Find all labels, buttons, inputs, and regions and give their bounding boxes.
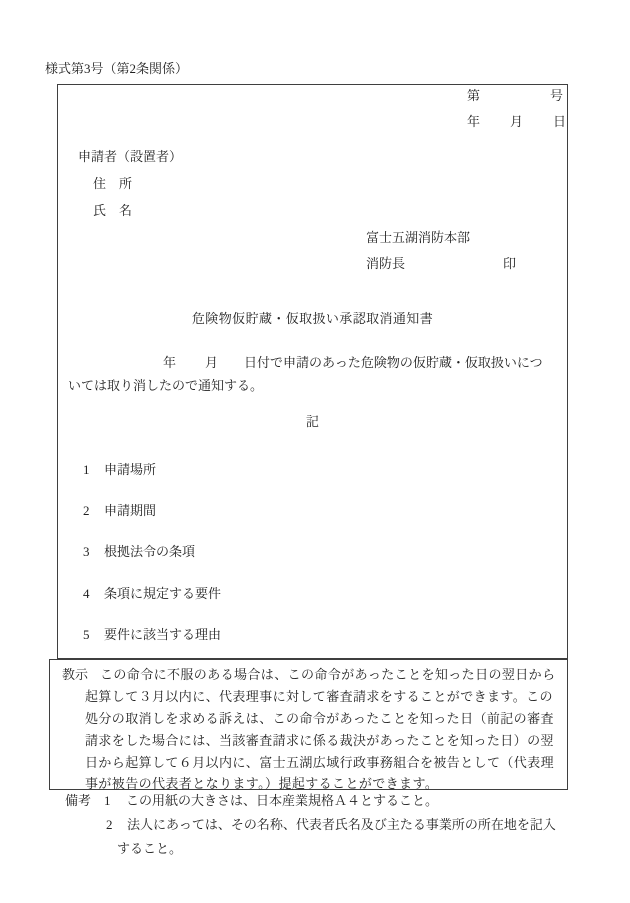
ki-heading: 記 xyxy=(57,415,568,428)
item-4-label: 条項に規定する要件 xyxy=(104,587,221,600)
kyoji-line-4: 請求をした場合には、当該審査請求に係る裁決があったことを知った日）の翌 xyxy=(85,734,554,747)
item-2-label: 申請期間 xyxy=(104,504,156,517)
issuer-seal-mark: 印 xyxy=(503,257,516,270)
biko-item-1-number: 1 xyxy=(104,794,111,807)
date-month-label: 月 xyxy=(510,115,523,128)
biko-item-2-line1: 法人にあっては、その名称、代表者氏名及び主たる事業所の所在地を記入 xyxy=(127,818,556,831)
item-2-number: 2 xyxy=(83,504,104,517)
item-5-label: 要件に該当する理由 xyxy=(104,628,221,641)
doc-number-suffix: 号 xyxy=(550,89,563,102)
kyoji-line-3: 処分の取消しを求める訴えは、この命令があったことを知った日（前記の審査 xyxy=(85,712,554,725)
list-item-4: 4 条項に規定する要件 xyxy=(83,587,221,600)
kyoji-line-5: 日から起算して６月以内に、富士五湖広域行政事務組合を被告として（代表理 xyxy=(85,756,554,769)
item-4-number: 4 xyxy=(83,587,104,600)
list-item-5: 5 要件に該当する理由 xyxy=(83,628,221,641)
kyoji-line-6: 事が被告の代表者となります。）提起することができます。 xyxy=(85,777,438,790)
item-5-number: 5 xyxy=(83,628,104,641)
main-border-box xyxy=(57,84,568,659)
list-item-1: 1 申請場所 xyxy=(83,463,156,476)
list-item-2: 2 申請期間 xyxy=(83,504,156,517)
date-year-label: 年 xyxy=(467,115,480,128)
issuer-organization: 富士五湖消防本部 xyxy=(366,231,470,244)
doc-number-prefix: 第 xyxy=(467,89,480,102)
document-title: 危険物仮貯蔵・仮取扱い承認取消通知書 xyxy=(57,312,568,325)
item-3-number: 3 xyxy=(83,545,104,558)
biko-item-2-line2: すること。 xyxy=(117,842,182,855)
kyoji-line-1: この命令に不服のある場合は、この命令があったことを知った日の翌日から xyxy=(100,668,555,681)
item-1-label: 申請場所 xyxy=(104,463,156,476)
issuer-title: 消防長 xyxy=(366,257,405,270)
biko-item-1-text: この用紙の大きさは、日本産業規格Ａ４とすること。 xyxy=(126,794,438,807)
document-page: 様式第3号（第2条関係） 第 号 年 月 日 申請者（設置者） 住 所 氏 名 … xyxy=(0,0,630,903)
kyoji-line-2: 起算して３月以内に、代表理事に対して審査請求をすることができます。この xyxy=(85,690,553,703)
applicant-name-label: 氏 名 xyxy=(93,204,132,217)
date-day-label: 日 xyxy=(553,115,566,128)
body-line2: いては取り消したので通知する。 xyxy=(68,379,263,392)
doc-number-line: 第 号 xyxy=(467,89,563,102)
item-1-number: 1 xyxy=(83,463,104,476)
date-line: 年 月 日 xyxy=(467,115,566,128)
body-date-year: 年 xyxy=(163,356,176,369)
body-line1: 日付で申請のあった危険物の仮貯蔵・仮取扱いにつ xyxy=(244,356,543,369)
list-item-3: 3 根拠法令の条項 xyxy=(83,545,195,558)
form-number-label: 様式第3号（第2条関係） xyxy=(45,62,188,75)
applicant-label: 申請者（設置者） xyxy=(78,150,182,163)
biko-item-2-number: 2 xyxy=(106,818,113,831)
kyoji-label: 教示 xyxy=(62,668,88,681)
biko-label: 備考 xyxy=(65,794,91,807)
item-3-label: 根拠法令の条項 xyxy=(104,545,195,558)
applicant-address-label: 住 所 xyxy=(93,177,132,190)
body-date-month: 月 xyxy=(205,356,218,369)
